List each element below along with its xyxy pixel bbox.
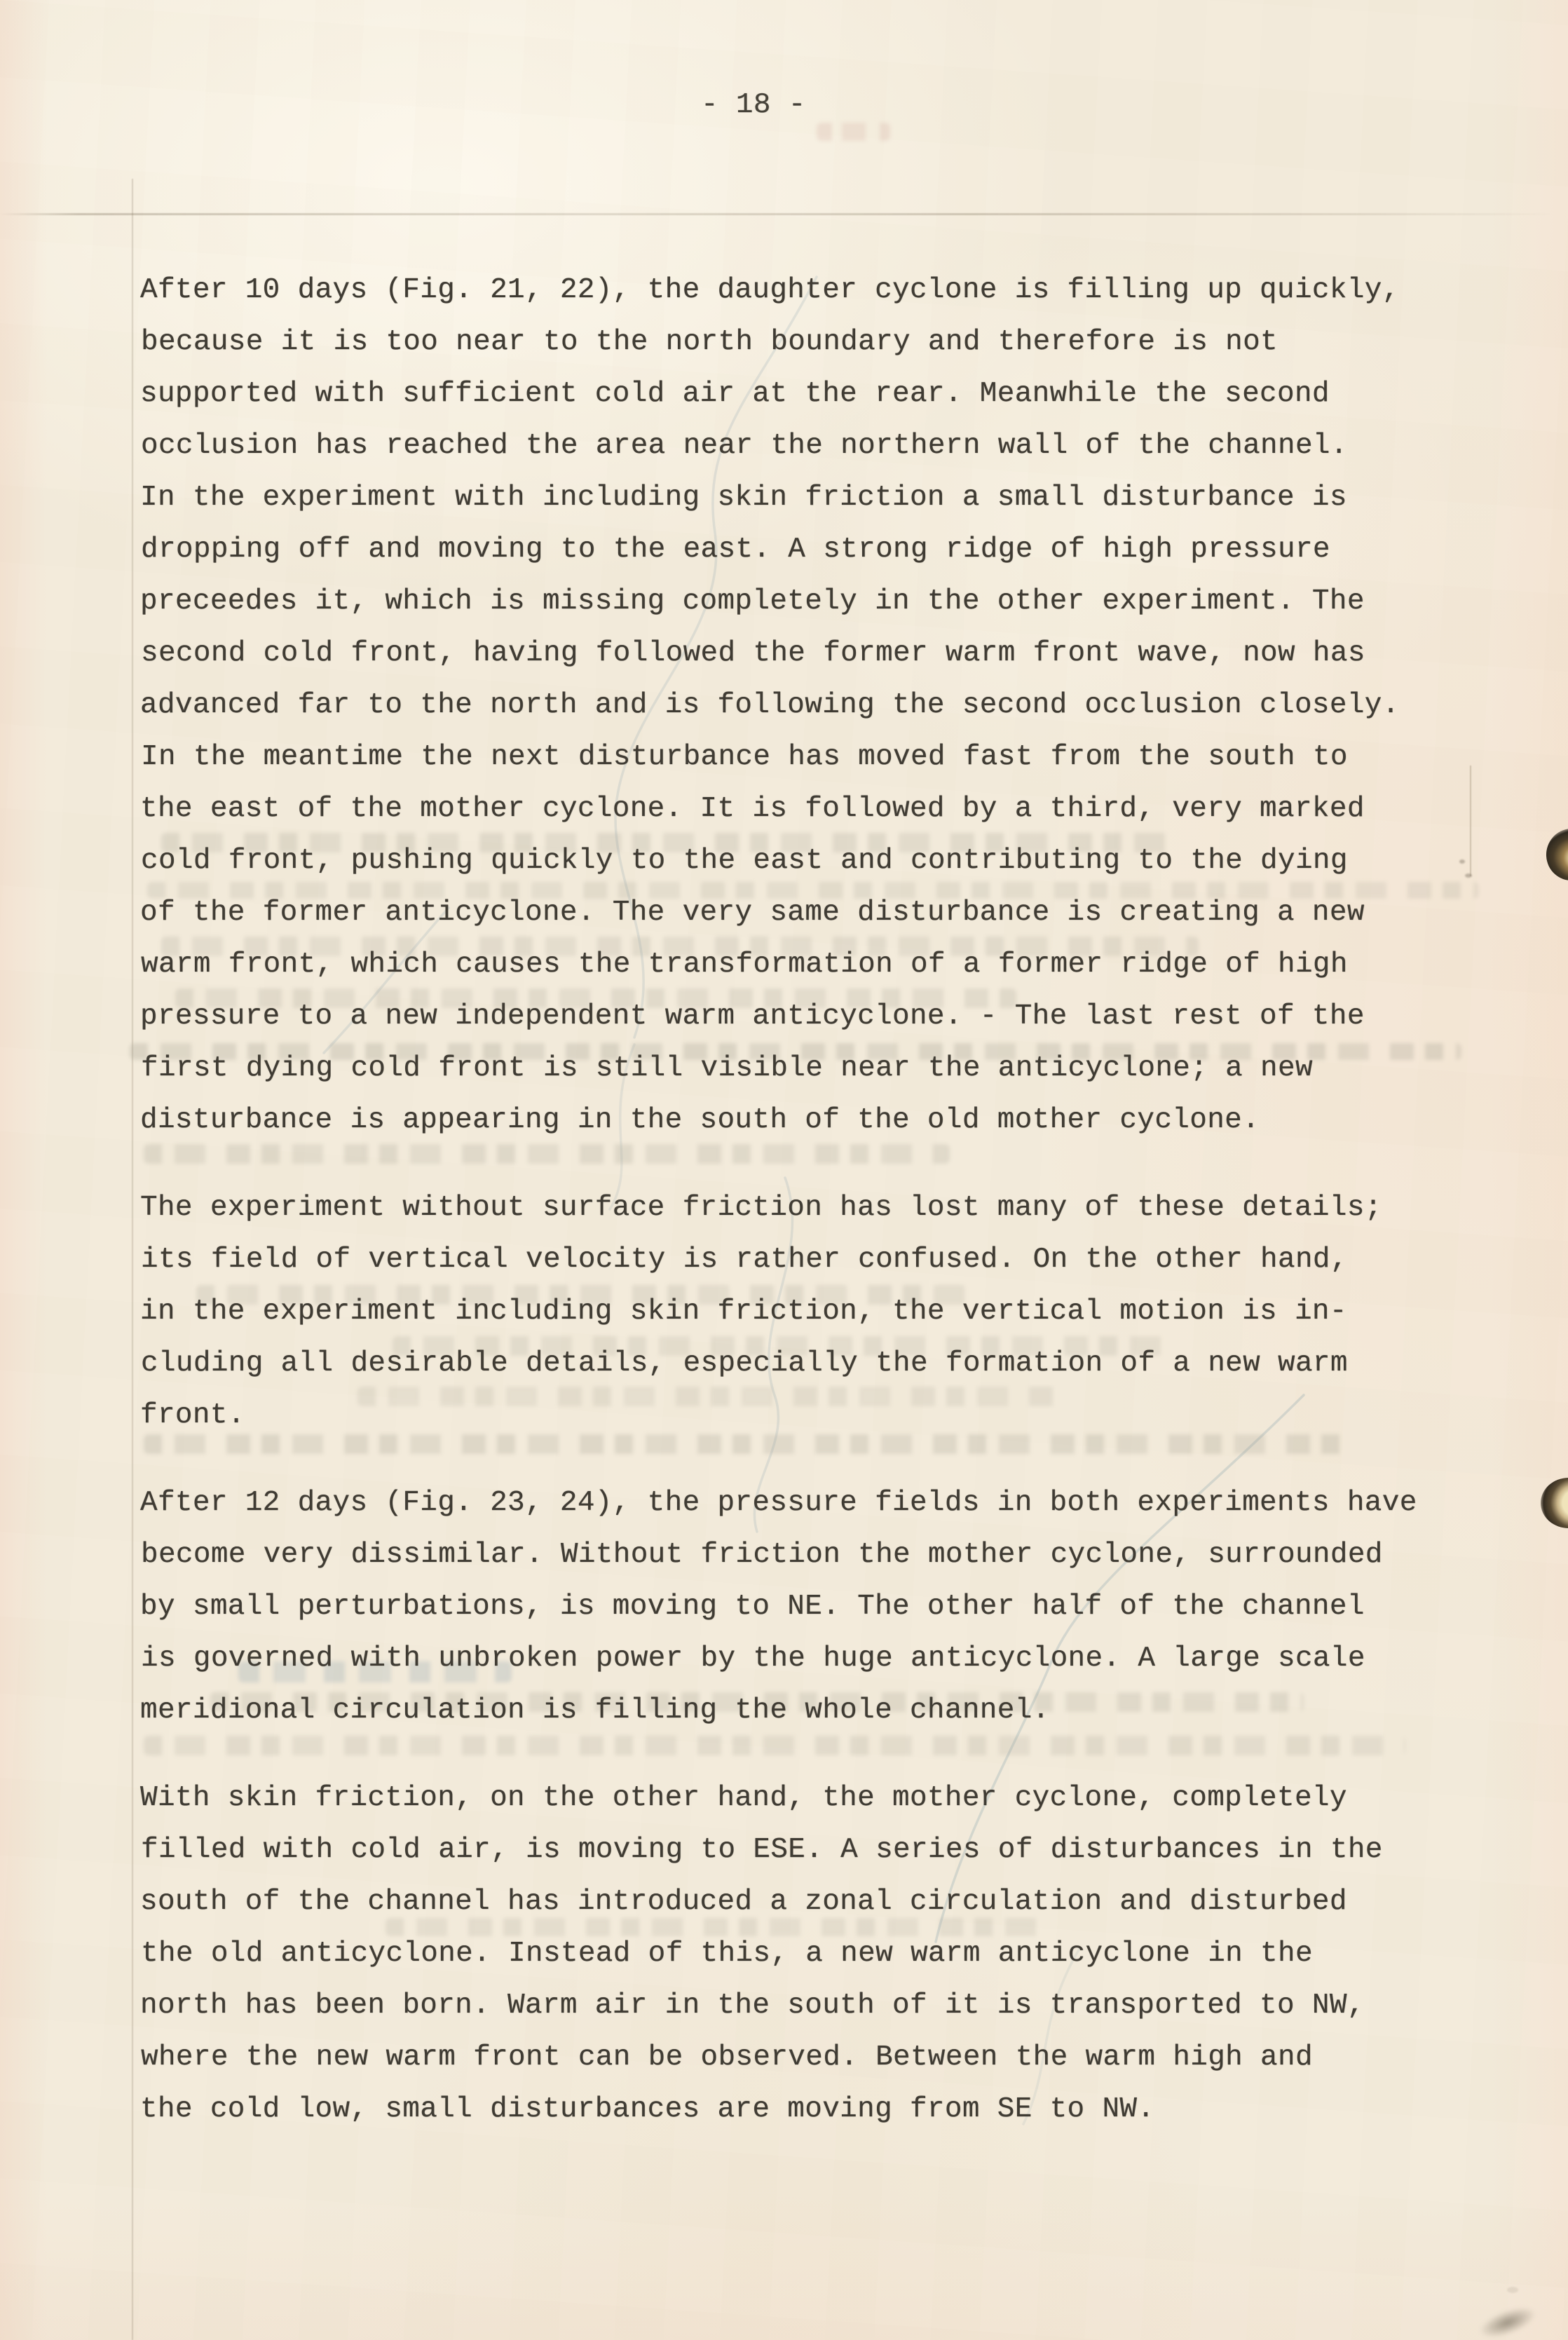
text-line: south of the channel has introduced a zo… [140, 1876, 1472, 1928]
smudge-mark [1465, 873, 1472, 878]
smudge-mark [1459, 859, 1465, 864]
text-line: supported with sufficient cold air at th… [140, 368, 1472, 420]
text-line: where the new warm front can be observed… [141, 2032, 1473, 2083]
text-line: After 10 days (Fig. 21, 22), the daughte… [140, 264, 1472, 316]
text-line: the east of the mother cyclone. It is fo… [140, 783, 1472, 835]
text-line: After 12 days (Fig. 23, 24), the pressur… [140, 1477, 1472, 1529]
text-line: the old anticyclone. Instead of this, a … [141, 1928, 1473, 1980]
text-line: second cold front, having followed the f… [141, 627, 1473, 679]
text-line: front. [140, 1389, 1472, 1441]
crease-line-horizontal [0, 213, 1568, 215]
text-line: because it is too near to the north boun… [141, 316, 1473, 368]
page-number: - 18 - [701, 79, 806, 131]
typewritten-body: After 10 days (Fig. 21, 22), the daughte… [140, 264, 1472, 2135]
paragraph: The experiment without surface friction … [140, 1182, 1472, 1441]
text-line: cold front, pushing quickly to the east … [141, 835, 1473, 887]
text-line: In the meantime the next disturbance has… [141, 731, 1473, 783]
text-line: in the experiment including skin frictio… [140, 1286, 1472, 1338]
text-line: cluding all desirable details, especiall… [141, 1338, 1473, 1389]
text-line: In the experiment with including skin fr… [140, 472, 1472, 524]
text-line: preceedes it, which is missing completel… [140, 576, 1472, 627]
paragraph: With skin friction, on the other hand, t… [140, 1772, 1472, 2135]
text-line: become very dissimilar. Without friction… [141, 1529, 1473, 1581]
text-line: is governed with unbroken power by the h… [141, 1633, 1473, 1685]
text-line: north has been born. Warm air in the sou… [140, 1980, 1472, 2032]
text-line: its field of vertical velocity is rather… [141, 1234, 1473, 1286]
text-line: The experiment without surface friction … [140, 1182, 1472, 1234]
text-line: filled with cold air, is moving to ESE. … [141, 1824, 1473, 1876]
text-line: advanced far to the north and is followi… [140, 679, 1472, 731]
text-line: first dying cold front is still visible … [141, 1042, 1473, 1094]
text-line: dropping off and moving to the east. A s… [141, 524, 1473, 576]
text-line: of the former anticyclone. The very same… [140, 887, 1472, 939]
binder-hole-mark [1541, 1478, 1568, 1528]
text-line: occlusion has reached the area near the … [141, 420, 1473, 472]
text-line: meridional circulation is filling the wh… [140, 1685, 1472, 1736]
text-line: disturbance is appearing in the south of… [140, 1094, 1472, 1146]
text-line: With skin friction, on the other hand, t… [140, 1772, 1472, 1824]
binder-hole-mark [1543, 825, 1568, 883]
paragraph: After 12 days (Fig. 23, 24), the pressur… [140, 1477, 1472, 1736]
smudge-mark [1475, 2301, 1540, 2340]
text-line: the cold low, small disturbances are mov… [140, 2083, 1472, 2135]
text-line: pressure to a new independent warm antic… [140, 991, 1472, 1042]
crease-line-vertical [132, 179, 133, 2340]
paragraph: After 10 days (Fig. 21, 22), the daughte… [140, 264, 1472, 1146]
text-line: by small perturbations, is moving to NE.… [140, 1581, 1472, 1633]
smudge-mark [1507, 2287, 1518, 2293]
bleedthrough-text-band [817, 123, 890, 141]
scanned-page: - 18 - After 10 days (Fig. 21, 22), the … [0, 0, 1568, 2340]
text-line: warm front, which causes the transformat… [141, 939, 1473, 991]
